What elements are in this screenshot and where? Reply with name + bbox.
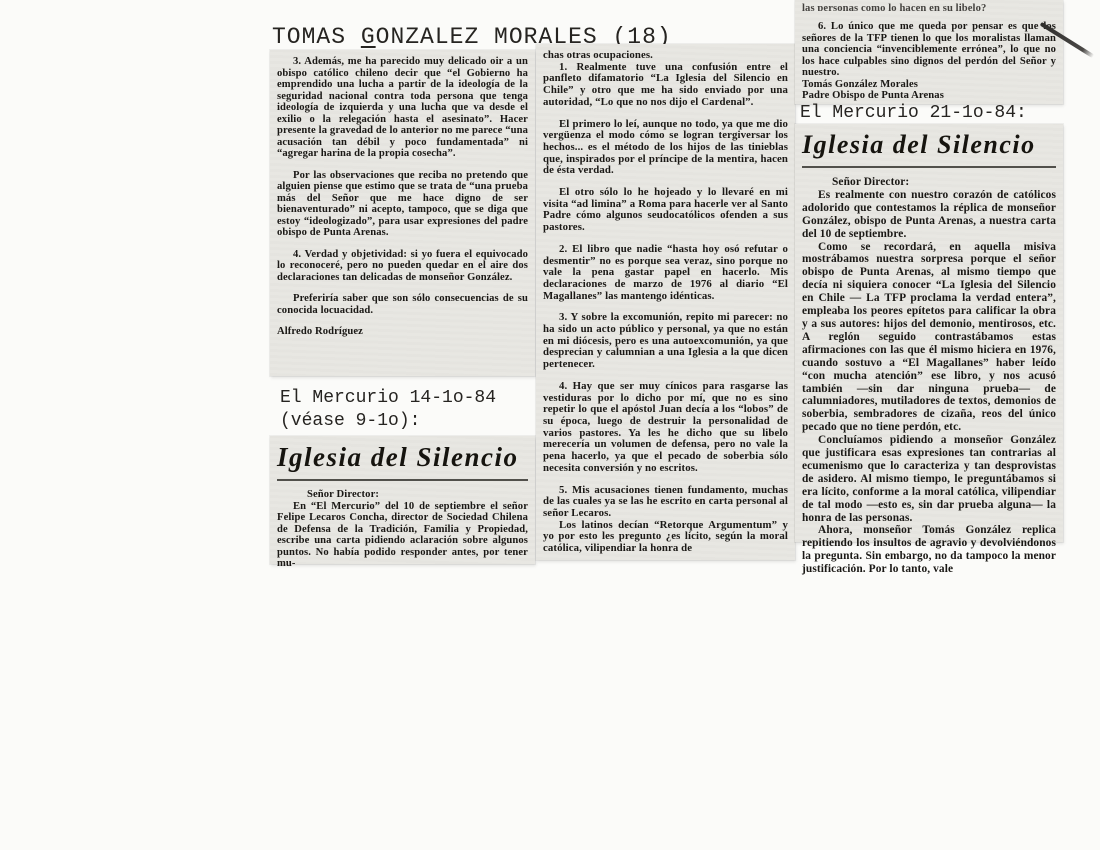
paragraph: El otro sólo lo he hojeado y lo llevaré … (543, 187, 788, 234)
paragraph: 4. Verdad y objetividad: si yo fuera el … (277, 249, 528, 284)
paragraph: Concluíamos pidiendo a monseñor González… (802, 434, 1056, 524)
clipping-right-top: las personas como lo hacen en su libelo?… (795, 0, 1063, 104)
article-headline: Iglesia del Silencio (802, 130, 1056, 160)
paragraph: 3. Y sobre la excomunión, repito mi pare… (543, 312, 788, 371)
salutation: Señor Director: (802, 176, 1056, 189)
paragraph: Es realmente con nuestro corazón de cató… (802, 189, 1056, 241)
clipping-left-letter: Iglesia del Silencio Señor Director: En … (270, 436, 535, 564)
clipping-middle-column: chas otras ocupaciones. 1. Realmente tuv… (536, 44, 795, 560)
paragraph: El primero lo leí, aunque no todo, ya qu… (543, 119, 788, 178)
signature-title: Padre Obispo de Punta Arenas (802, 90, 1056, 102)
paragraph: 6. Lo único que me queda por pensar es q… (802, 21, 1056, 79)
paragraph: Los latinos decían “Retorque Argumentum”… (543, 520, 788, 555)
page-title-pre: TOMAS (272, 24, 361, 50)
paragraph: Preferiría saber que son sólo consecuenc… (277, 293, 528, 316)
article-headline: Iglesia del Silencio (277, 442, 528, 473)
salutation: Señor Director: (277, 489, 528, 501)
page-title-underlined-letter: G (361, 24, 376, 50)
citation-line: (véase 9-1o): (280, 411, 420, 431)
paragraph: 5. Mis acusaciones tienen fundamento, mu… (543, 485, 788, 520)
signature: Alfredo Rodríguez (277, 326, 528, 338)
citation-line: El Mercurio 21-1o-84: (800, 103, 1027, 123)
paragraph: Por las observaciones que reciba no pret… (277, 170, 528, 239)
cropped-line: las personas como lo hacen en su libelo? (802, 3, 1056, 11)
clipping-right-letter: Iglesia del Silencio Señor Director: Es … (795, 124, 1063, 542)
paragraph: 3. Además, me ha parecido muy delicado o… (277, 56, 528, 160)
paragraph: Como se recordará, en aquella misiva mos… (802, 241, 1056, 435)
citation-note-mercurio-14: El Mercurio 14-1o-84 (véase 9-1o): (280, 387, 496, 433)
paragraph: En “El Mercurio” del 10 de septiembre el… (277, 501, 528, 570)
paragraph: 1. Realmente tuve una confusión entre el… (543, 62, 788, 109)
clipping-left-article: 3. Además, me ha parecido muy delicado o… (270, 50, 535, 376)
headline-rule (802, 166, 1056, 168)
signature-name: Tomás González Morales (802, 79, 1056, 91)
paragraph: chas otras ocupaciones. (543, 50, 788, 62)
paragraph: 2. El libro que nadie “hasta hoy osó ref… (543, 244, 788, 303)
headline-rule (277, 479, 528, 481)
paragraph: 4. Hay que ser muy cínicos para rasgarse… (543, 381, 788, 475)
paragraph: Ahora, monseñor Tomás González replica r… (802, 524, 1056, 576)
citation-note-mercurio-21: El Mercurio 21-1o-84: (800, 102, 1027, 124)
citation-line: El Mercurio 14-1o-84 (280, 388, 496, 408)
